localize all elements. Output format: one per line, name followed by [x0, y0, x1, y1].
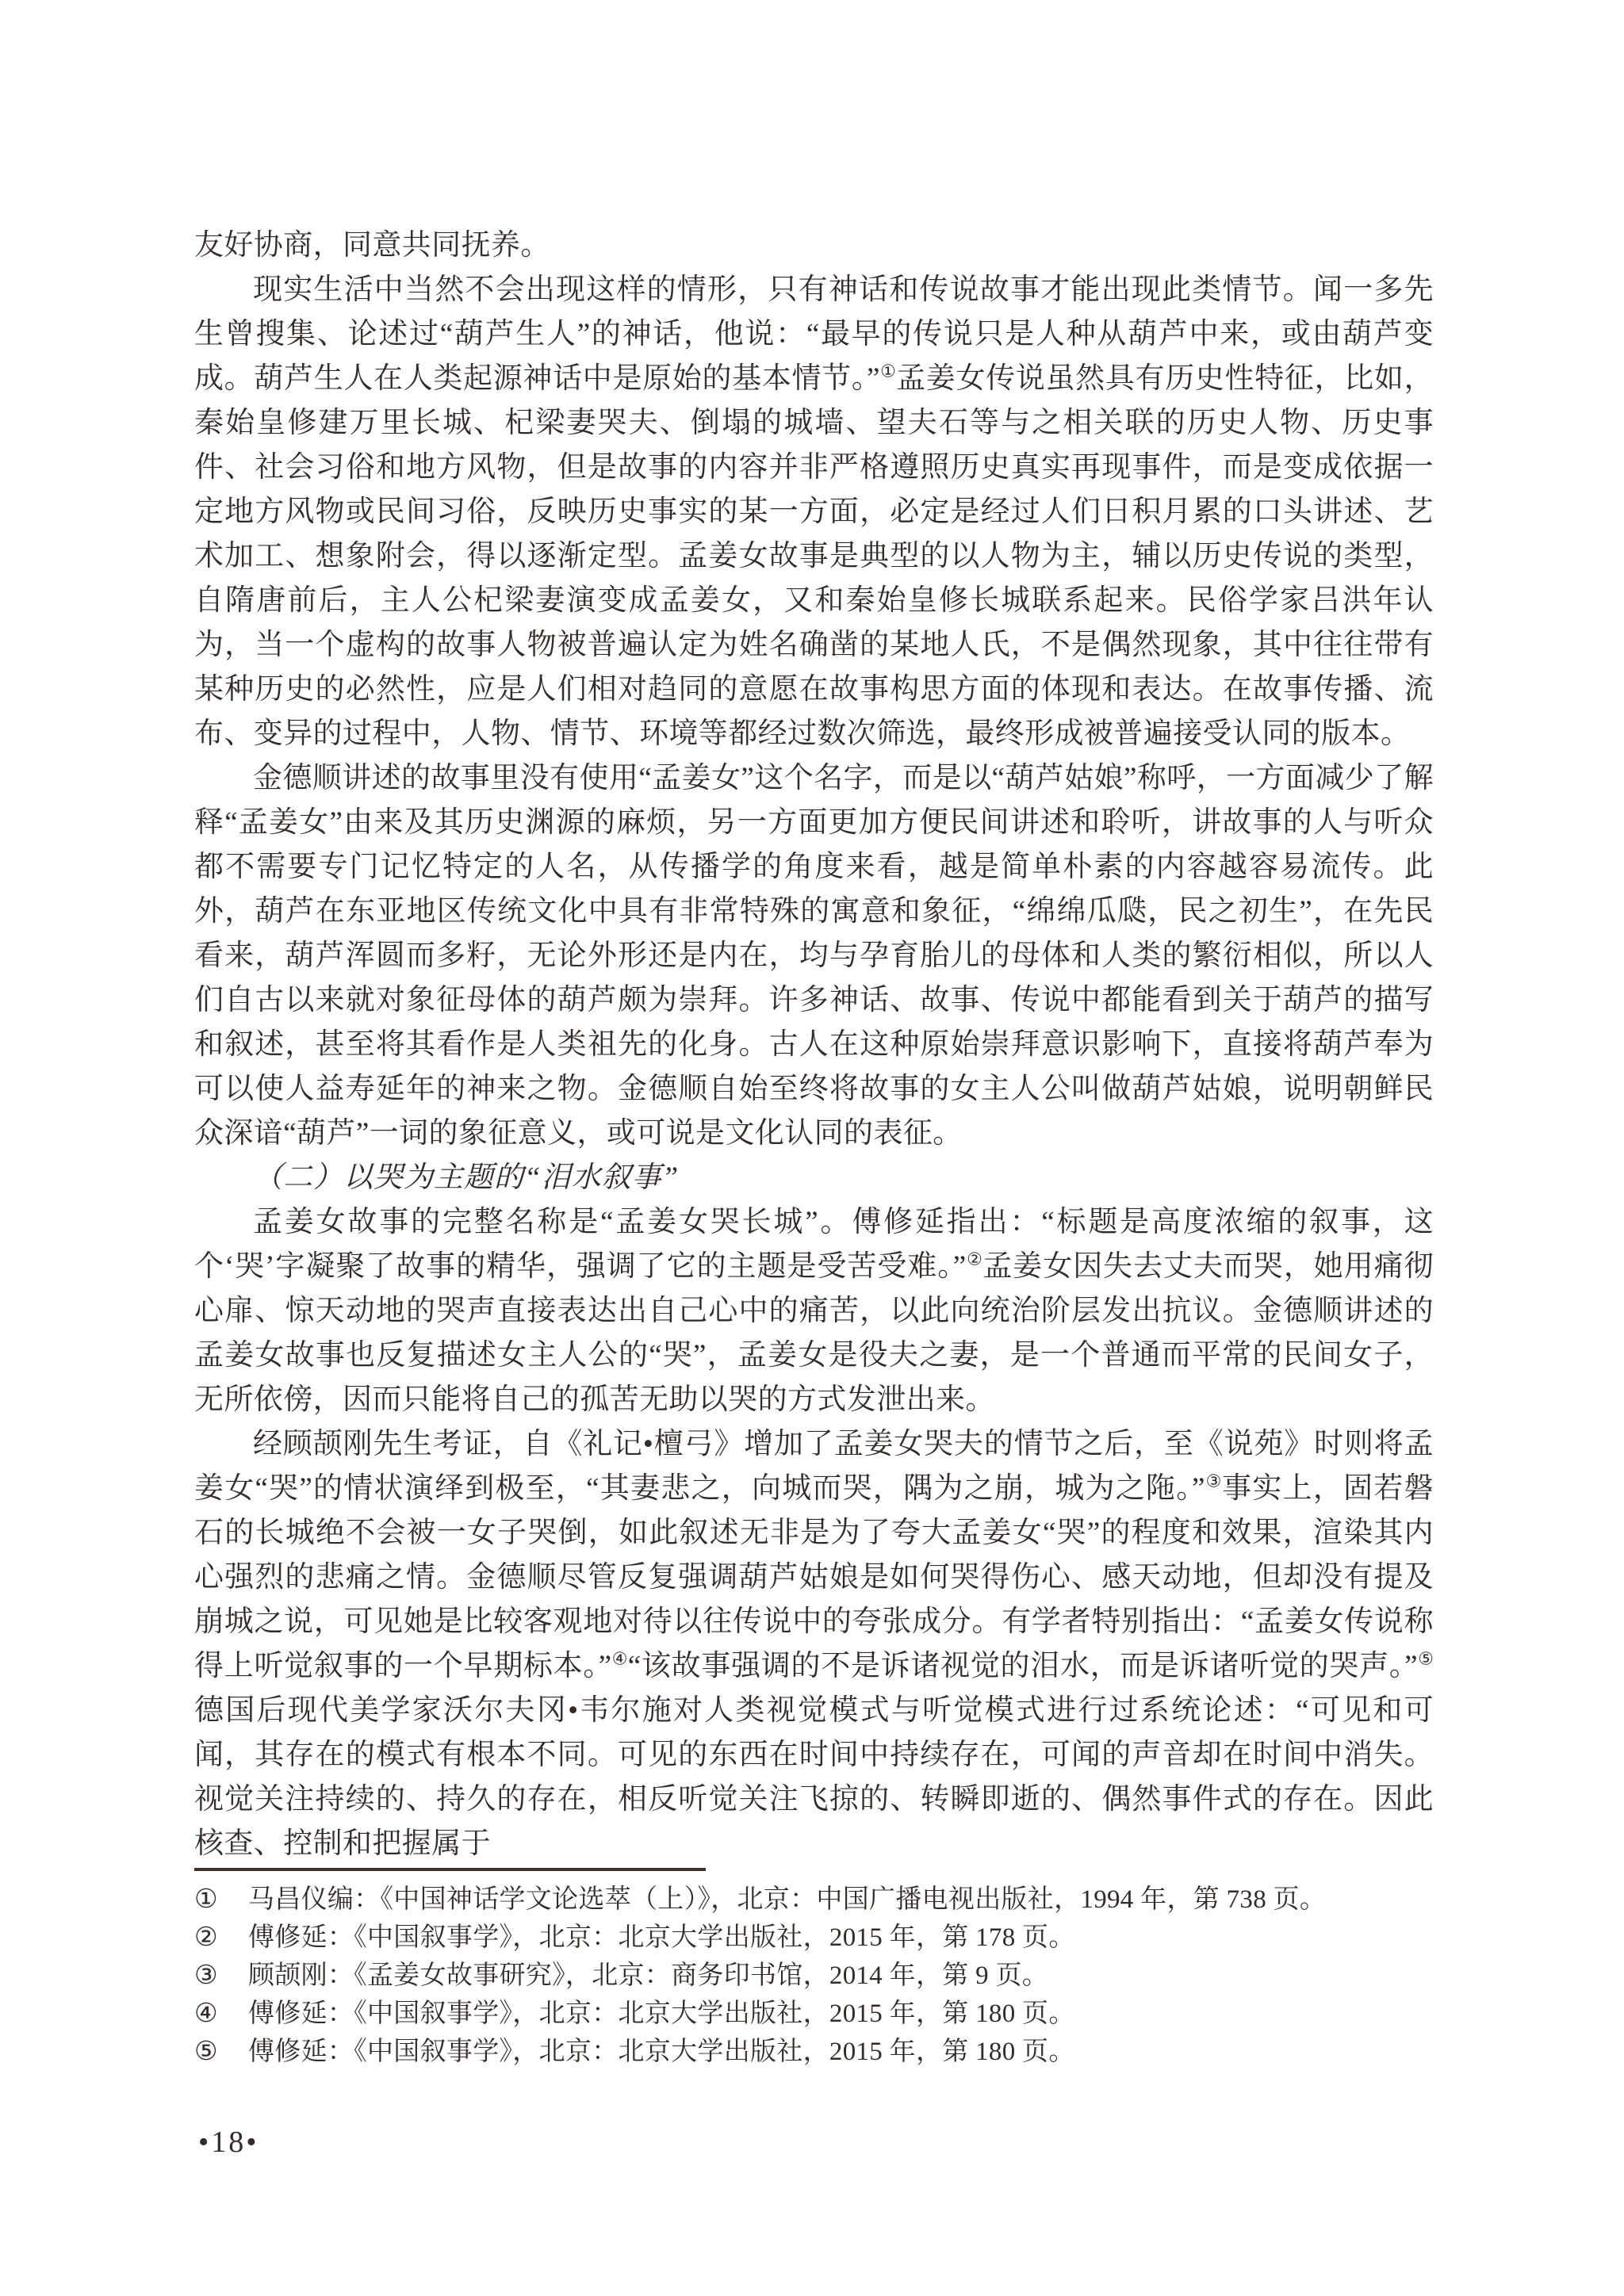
footnote-item: ① 马昌仪编：《中国神话学文论选萃（上）》，北京：中国广播电视出版社，1994 …	[194, 1881, 1434, 1919]
footnote-ref: ①	[880, 362, 896, 381]
footnote-ref: ⑤	[1418, 1649, 1434, 1669]
footnote-text: 傅修延：《中国叙事学》，北京：北京大学出版社，2015 年，第 180 页。	[248, 1995, 1434, 2033]
document-page: 友好协商，同意共同抚养。 现实生活中当然不会出现这样的情形，只有神话和传说故事才…	[0, 0, 1624, 2296]
paragraph: 孟姜女故事的完整名称是“孟姜女哭长城”。傅修延指出：“标题是高度浓缩的叙事，这个…	[194, 1200, 1434, 1422]
footnote-text: 傅修延：《中国叙事学》，北京：北京大学出版社，2015 年，第 178 页。	[248, 1919, 1434, 1957]
paragraph-continuation: 友好协商，同意共同抚养。	[194, 224, 1434, 268]
section-heading: （二）以哭为主题的“泪水叙事”	[194, 1156, 1434, 1200]
footnote-ref: ②	[967, 1249, 983, 1269]
footnote-ref: ④	[611, 1649, 627, 1669]
footnote-marker: ②	[194, 1919, 248, 1957]
footnote-marker: ③	[194, 1957, 248, 1995]
footnote-marker: ⑤	[194, 2033, 248, 2071]
footnote-item: ② 傅修延：《中国叙事学》，北京：北京大学出版社，2015 年，第 178 页。	[194, 1919, 1434, 1957]
footnote-marker: ④	[194, 1995, 248, 2033]
footnote-text: 马昌仪编：《中国神话学文论选萃（上）》，北京：中国广播电视出版社，1994 年，…	[248, 1881, 1434, 1919]
footnote-marker: ①	[194, 1881, 248, 1919]
footnotes: ① 马昌仪编：《中国神话学文论选萃（上）》，北京：中国广播电视出版社，1994 …	[194, 1868, 1434, 2071]
page-number: •18•	[198, 2125, 259, 2160]
body-text: 友好协商，同意共同抚养。 现实生活中当然不会出现这样的情形，只有神话和传说故事才…	[194, 224, 1434, 1866]
footnote-item: ③ 顾颉刚：《孟姜女故事研究》，北京：商务印书馆，2014 年，第 9 页。	[194, 1957, 1434, 1995]
footnote-item: ⑤ 傅修延：《中国叙事学》，北京：北京大学出版社，2015 年，第 180 页。	[194, 2033, 1434, 2071]
footnote-separator	[194, 1868, 706, 1871]
footnote-text: 傅修延：《中国叙事学》，北京：北京大学出版社，2015 年，第 180 页。	[248, 2033, 1434, 2071]
footnote-ref: ③	[1205, 1471, 1222, 1491]
footnote-item: ④ 傅修延：《中国叙事学》，北京：北京大学出版社，2015 年，第 180 页。	[194, 1995, 1434, 2033]
paragraph: 现实生活中当然不会出现这样的情形，只有神话和传说故事才能出现此类情节。闻一多先生…	[194, 268, 1434, 756]
paragraph: 经顾颉刚先生考证，自《礼记•檀弓》增加了孟姜女哭夫的情节之后，至《说苑》时则将孟…	[194, 1422, 1434, 1866]
paragraph: 金德顺讲述的故事里没有使用“孟姜女”这个名字，而是以“葫芦姑娘”称呼，一方面减少…	[194, 756, 1434, 1156]
footnote-text: 顾颉刚：《孟姜女故事研究》，北京：商务印书馆，2014 年，第 9 页。	[248, 1957, 1434, 1995]
